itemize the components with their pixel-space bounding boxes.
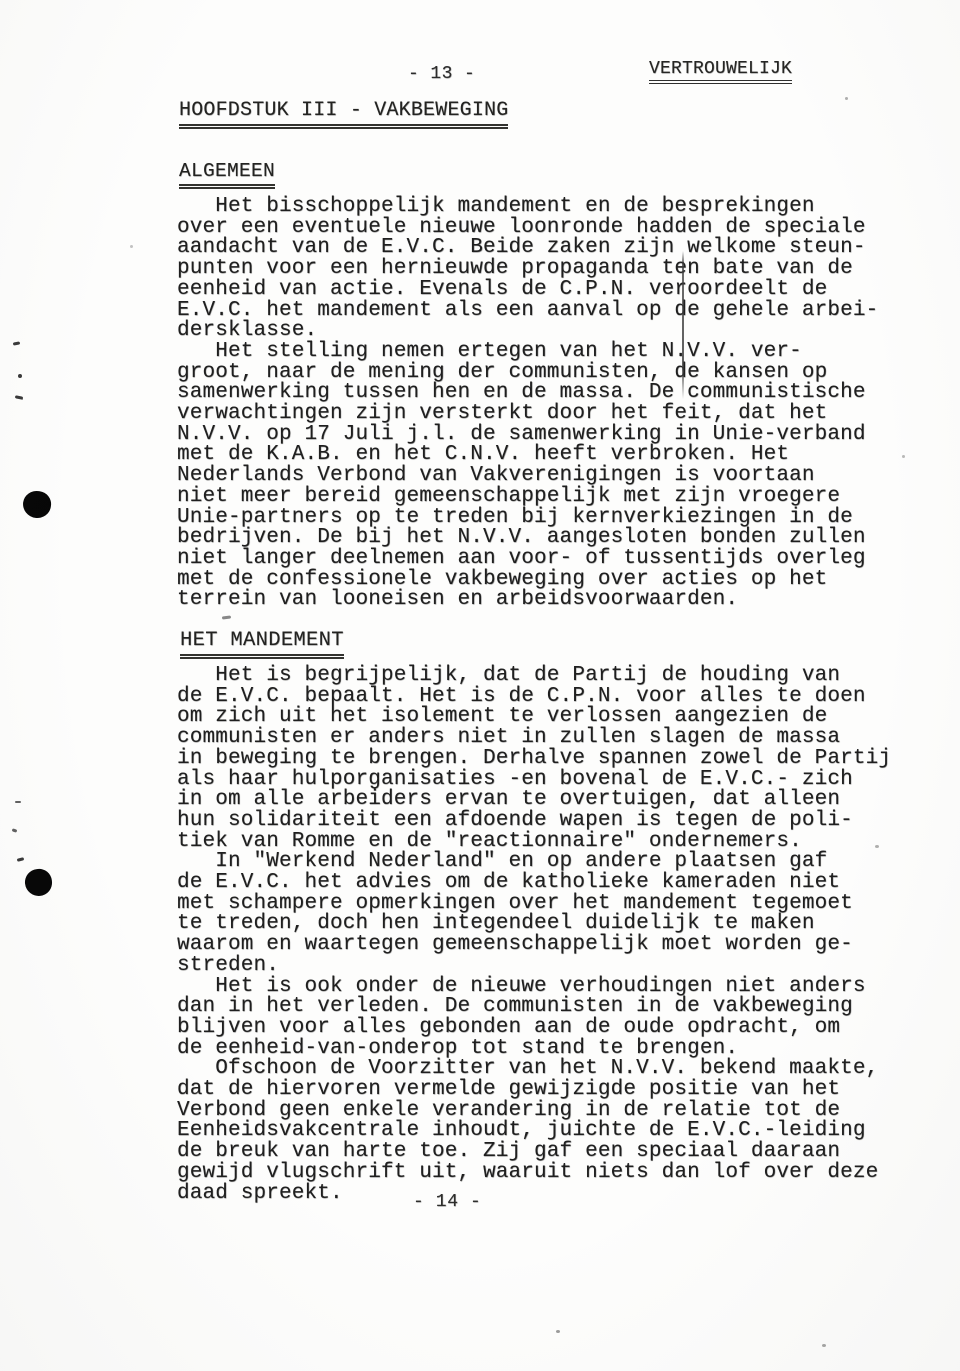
paragraph: Het is ook onder de nieuwe verhoudingen … <box>177 977 897 1060</box>
page-number-top: - 13 - <box>408 64 475 84</box>
section-body-het-mandement: Het is begrijpelijk, dat de Partij de ho… <box>177 666 897 1204</box>
section-body-algemeen: Het bisschoppelijk mandement en de bespr… <box>177 197 897 611</box>
ink-dot-mark <box>21 489 52 520</box>
paragraph: Ofschoon de Voorzitter van het N.V.V. be… <box>177 1059 897 1204</box>
scanned-document-page: - 13 - VERTROUWELIJK HOOFDSTUK III - VAK… <box>0 0 960 1371</box>
section-heading-algemeen: ALGEMEEN <box>179 160 275 189</box>
paragraph: Het bisschoppelijk mandement en de bespr… <box>177 197 897 342</box>
paragraph: Het stelling nemen ertegen van het N.V.V… <box>177 342 897 611</box>
section-heading-het-mandement: HET MANDEMENT <box>180 629 344 659</box>
chapter-heading: HOOFDSTUK III - VAKBEWEGING <box>179 99 508 129</box>
paragraph: In "Werkend Nederland" en op andere plaa… <box>177 852 897 976</box>
page-number-bottom: - 14 - <box>413 1192 481 1212</box>
paper-crease-line <box>682 251 684 399</box>
ink-dot-mark <box>24 868 54 898</box>
classification-stamp: VERTROUWELIJK <box>649 59 792 84</box>
paragraph: Het is begrijpelijk, dat de Partij de ho… <box>177 666 897 852</box>
